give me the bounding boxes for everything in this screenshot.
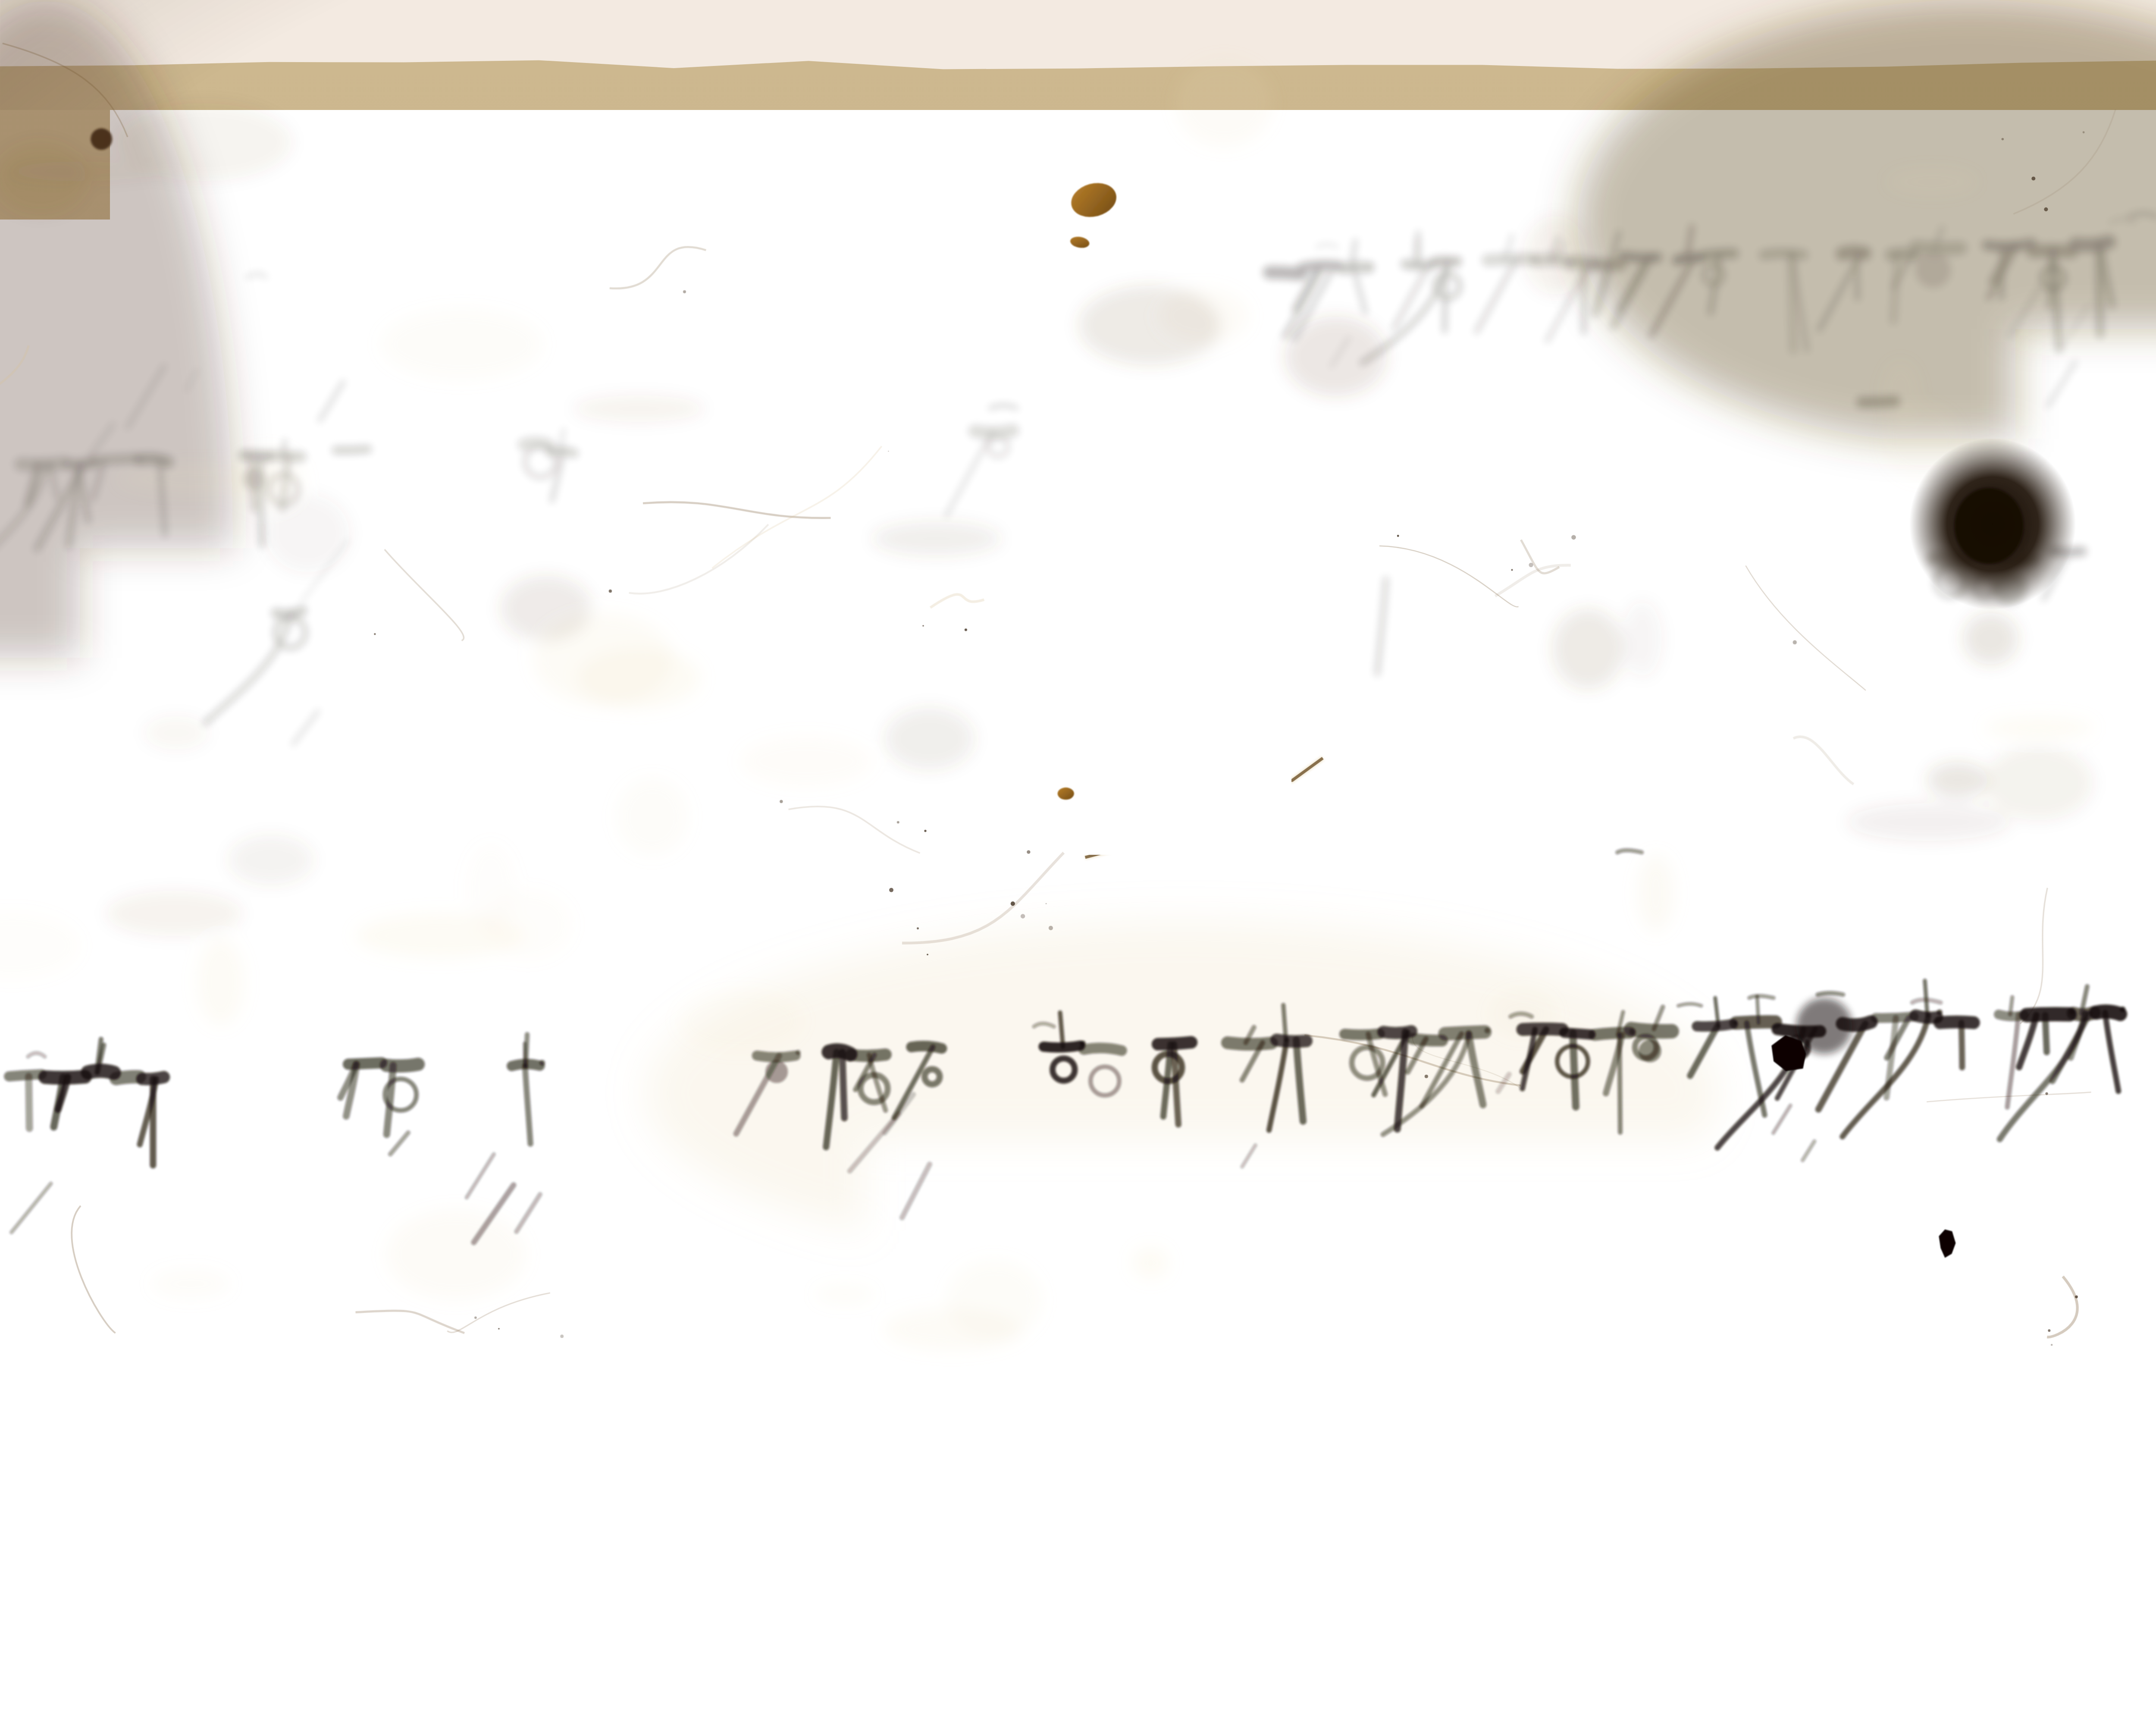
- photo-vignette: [0, 0, 2156, 1440]
- manuscript-scene: [0, 0, 2156, 1440]
- manuscript-photograph: [0, 0, 2156, 1440]
